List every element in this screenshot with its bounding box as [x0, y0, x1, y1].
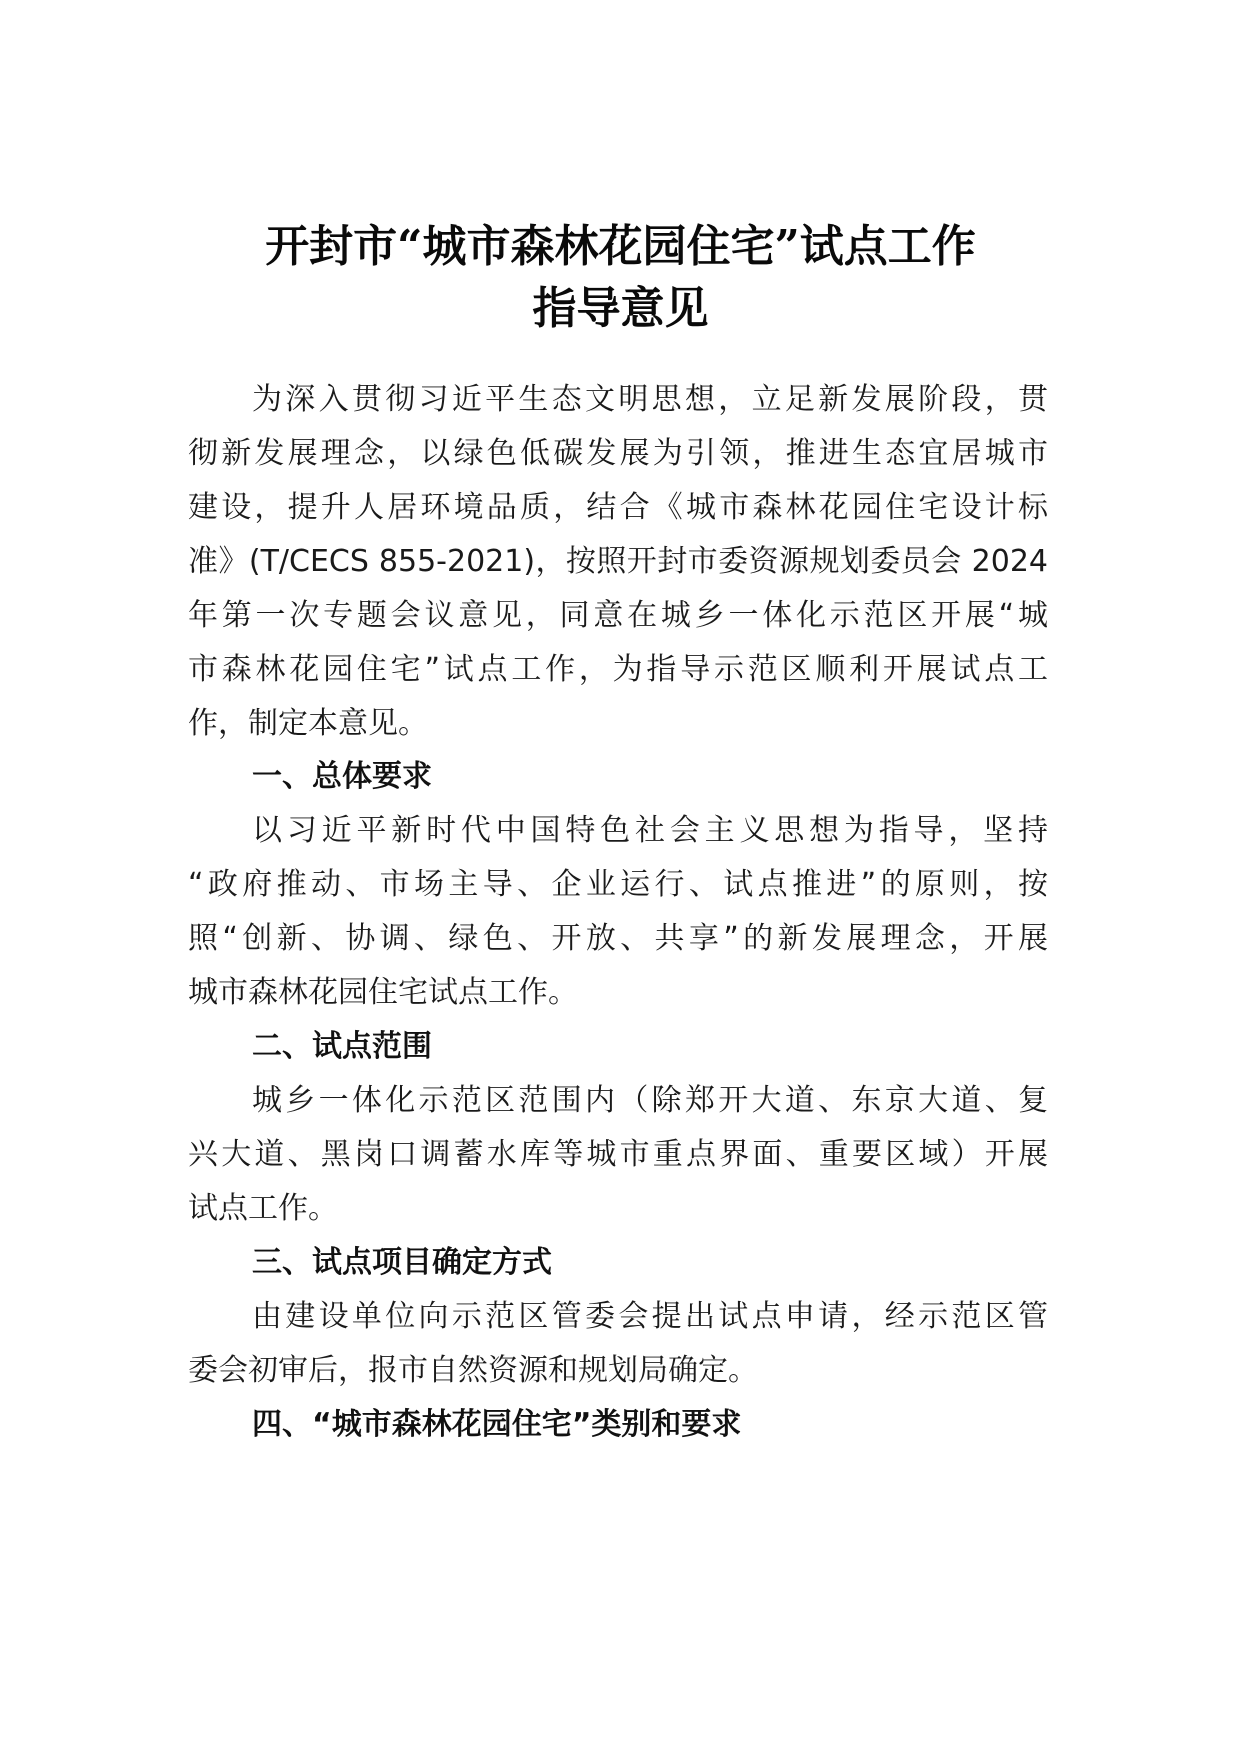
paragraph-line: 准》(T/CECS 855-2021)，按照开封市委资源规划委员会 2024: [188, 542, 1048, 582]
paragraph-line: 由建设单位向示范区管委会提出试点申请，经示范区管: [252, 1297, 1048, 1337]
paragraph-line: 委会初审后，报市自然资源和规划局确定。: [188, 1351, 1048, 1391]
paragraph-line: 兴大道、黑岗口调蓄水库等城市重点界面、重要区域）开展: [188, 1135, 1048, 1175]
paragraph-line: 照“创新、协调、绿色、开放、共享”的新发展理念，开展: [188, 919, 1048, 959]
paragraph-line: 作，制定本意见。: [188, 704, 1048, 744]
paragraph-line: “政府推动、市场主导、企业运行、试点推进”的原则，按: [188, 865, 1048, 905]
section-heading: 二、试点范围: [252, 1027, 432, 1067]
section-heading: 三、试点项目确定方式: [252, 1243, 552, 1283]
paragraph-line: 市森林花园住宅”试点工作，为指导示范区顺利开展试点工: [188, 650, 1048, 690]
paragraph-line: 建设，提升人居环境品质，结合《城市森林花园住宅设计标: [188, 488, 1048, 528]
paragraph-line: 城乡一体化示范区范围内（除郑开大道、东京大道、复: [252, 1081, 1048, 1121]
paragraph-line: 年第一次专题会议意见，同意在城乡一体化示范区开展“城: [188, 596, 1048, 636]
paragraph-line: 以习近平新时代中国特色社会主义思想为指导，坚持: [252, 811, 1048, 851]
document-title-line-1: 开封市“城市森林花园住宅”试点工作: [0, 216, 1241, 278]
section-heading: 四、“城市森林花园住宅”类别和要求: [252, 1405, 741, 1445]
section-heading: 一、总体要求: [252, 757, 432, 797]
document-page: 开封市“城市森林花园住宅”试点工作 指导意见 为深入贯彻习近平生态文明思想，立足…: [0, 0, 1241, 1754]
paragraph-line: 城市森林花园住宅试点工作。: [188, 973, 1048, 1013]
paragraph-line: 试点工作。: [188, 1189, 1048, 1229]
paragraph-line: 彻新发展理念，以绿色低碳发展为引领，推进生态宜居城市: [188, 434, 1048, 474]
document-title-line-2: 指导意见: [0, 278, 1241, 340]
paragraph-line: 为深入贯彻习近平生态文明思想，立足新发展阶段，贯: [252, 380, 1048, 420]
